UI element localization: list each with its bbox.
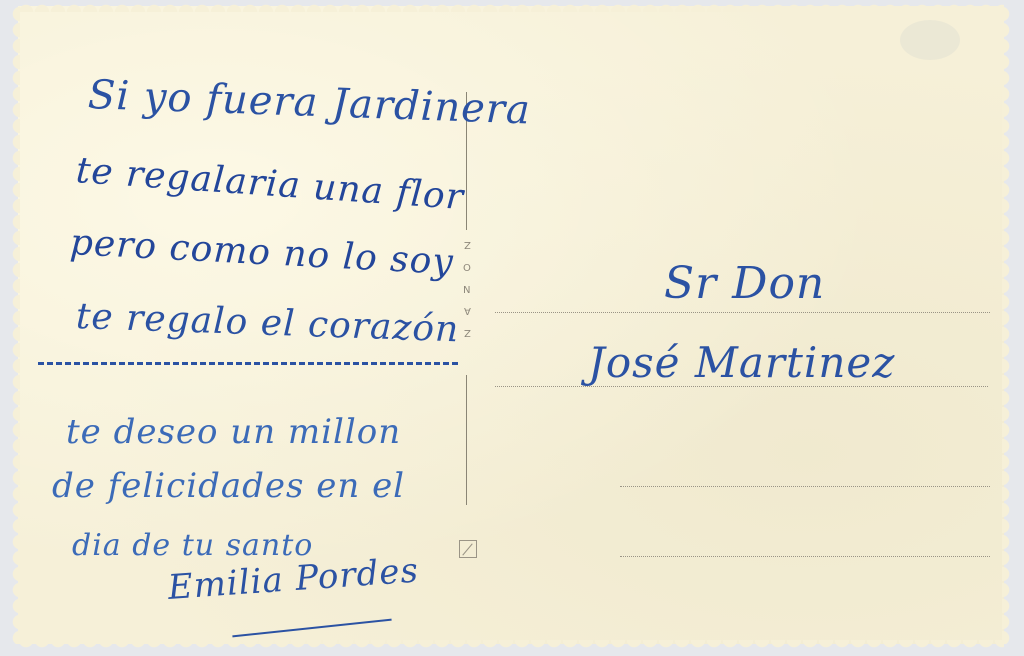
print-letter: Z: [464, 326, 471, 338]
address-line-3: [620, 486, 990, 487]
address-line-1: [495, 312, 990, 313]
print-letter: Z: [464, 238, 471, 250]
dashed-separator: [38, 362, 458, 365]
printed-vertical-text: Z O N A Z: [461, 238, 473, 338]
stamp-box-icon: [459, 540, 477, 558]
print-letter: A: [464, 304, 471, 316]
print-letter: N: [463, 282, 470, 294]
address-recipient-name: José Martinez: [588, 338, 895, 387]
print-letter: O: [463, 260, 471, 272]
address-salutation: Sr Don: [664, 258, 825, 309]
message-line-7: dia de tu santo: [72, 528, 313, 563]
message-line-6: de felicidades en el: [52, 466, 405, 506]
address-line-4: [620, 556, 990, 557]
message-line-5: te deseo un millon: [66, 412, 401, 452]
center-divider-lower: [466, 375, 467, 505]
